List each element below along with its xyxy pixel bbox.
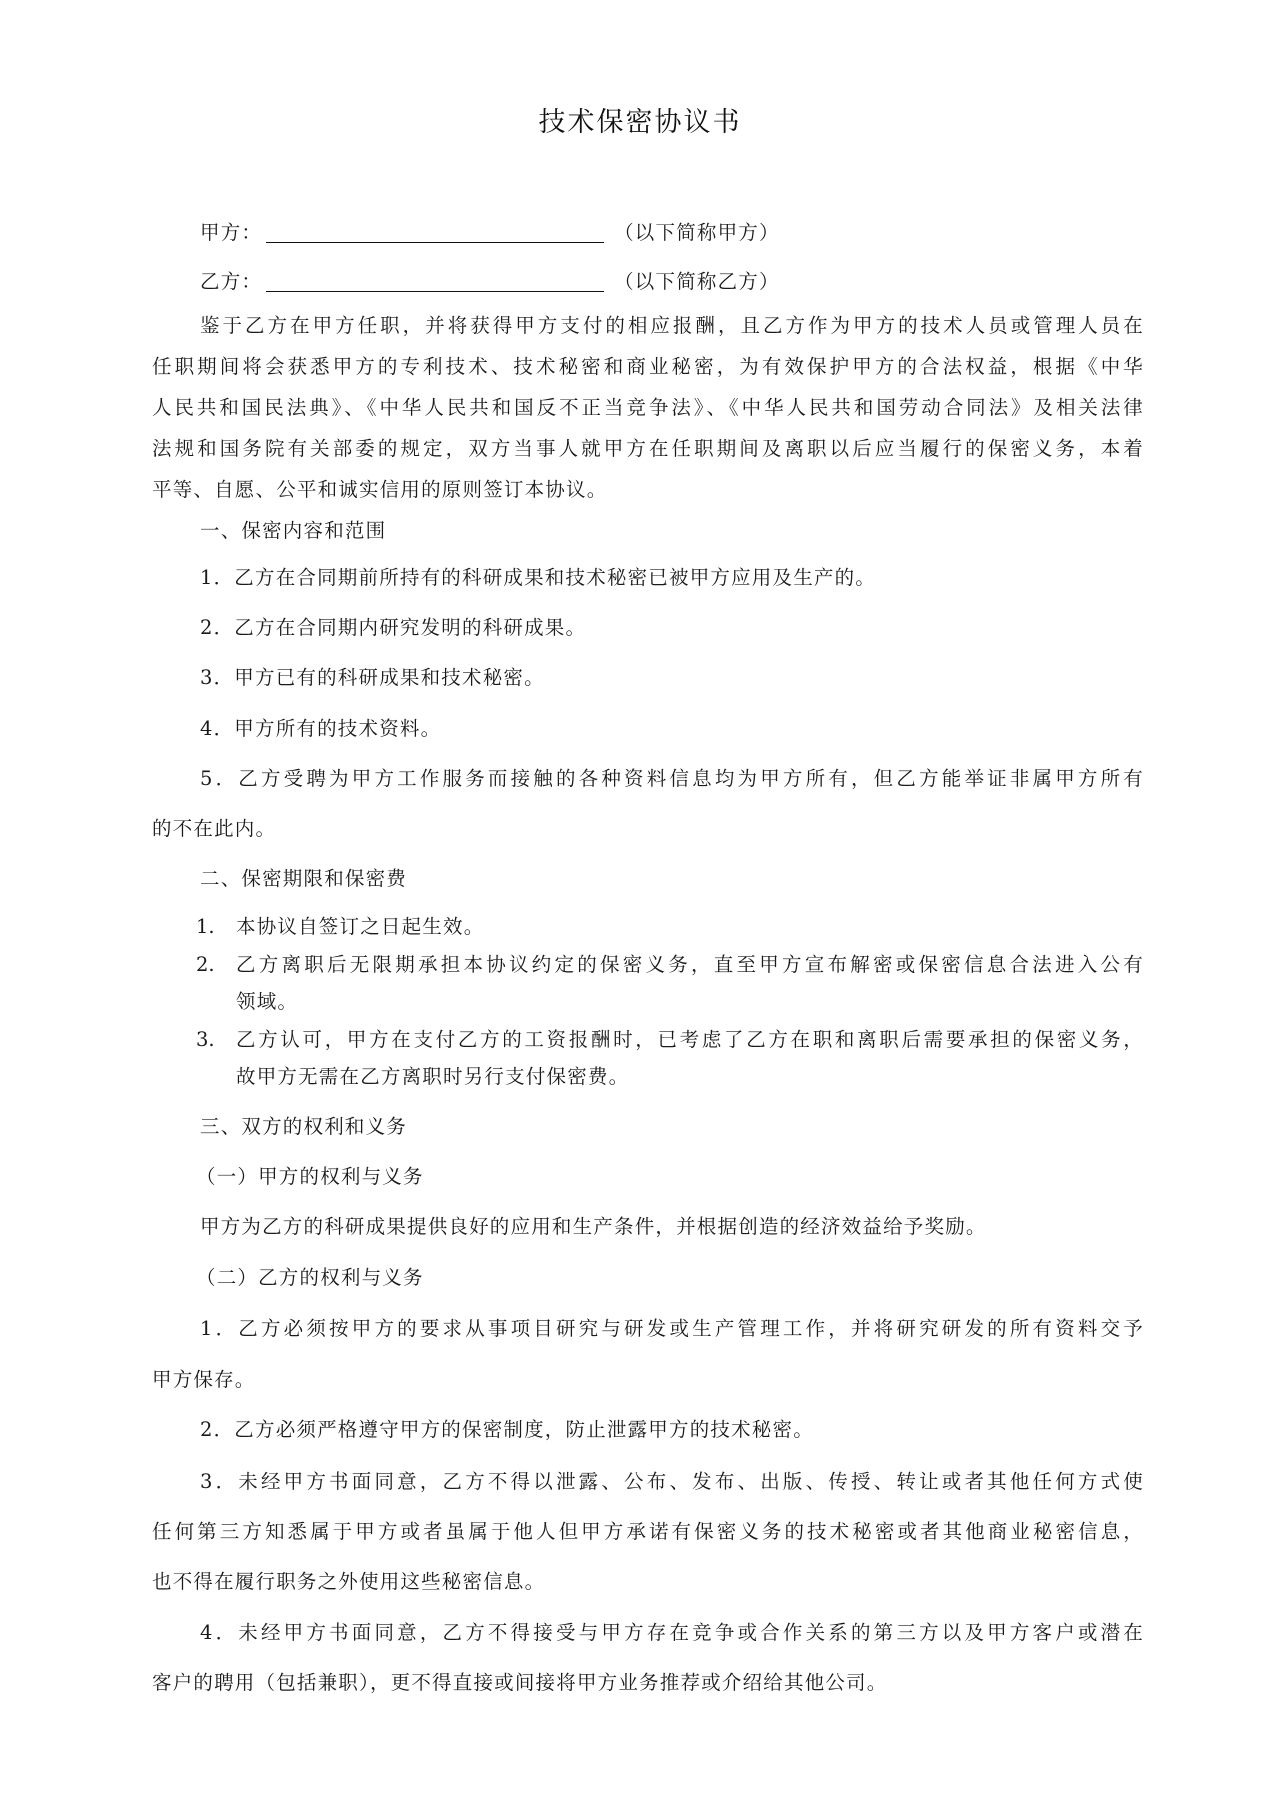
section-3-sub-b-item-cont: 客户的聘用（包括兼职），更不得直接或间接将甲方业务推荐或介绍给其他公司。 [152, 1670, 1144, 1696]
party-b-blank-field[interactable] [266, 269, 604, 292]
section-3-sub-b-item: 2．乙方必须严格遵守甲方的保密制度，防止泄露甲方的技术秘密。 [200, 1417, 1144, 1443]
section-2-item-text-cont: 领域。 [236, 989, 1144, 1015]
section-1-item: 4．甲方所有的技术资料。 [200, 716, 1144, 742]
preamble-line: 平等、自愿、公平和诚实信用的原则签订本协议。 [152, 477, 1144, 503]
party-a-label: 甲方： [200, 220, 262, 246]
section-1-item: 2．乙方在合同期内研究发明的科研成果。 [200, 615, 1144, 641]
section-1-heading: 一、保密内容和范围 [200, 518, 1144, 544]
section-3-sub-b-item-cont: 任何第三方知悉属于甲方或者虽属于他人但甲方承诺有保密义务的技术秘密或者其他商业秘… [152, 1519, 1144, 1545]
section-2-item-text-cont: 故甲方无需在乙方离职时另行支付保密费。 [236, 1064, 1144, 1090]
party-b-row: 乙方： （以下简称乙方） [200, 269, 780, 295]
section-2-item-number: 3. [196, 1027, 215, 1053]
preamble-line: 法规和国务院有关部委的规定，双方当事人就甲方在任职期间及离职以后应当履行的保密义… [152, 436, 1144, 462]
party-a-blank-field[interactable] [266, 220, 604, 243]
section-3-sub-b-item-cont: 甲方保存。 [152, 1367, 1144, 1393]
section-3-sub-b-heading: （二）乙方的权利与义务 [196, 1265, 1188, 1291]
section-3-sub-b-item: 4．未经甲方书面同意，乙方不得接受与甲方存在竞争或合作关系的第三方以及甲方客户或… [200, 1620, 1144, 1646]
section-1-item-5-line-2: 的不在此内。 [152, 816, 1144, 842]
section-2-item-text: 本协议自签订之日起生效。 [236, 914, 1144, 940]
document-title: 技术保密协议书 [0, 106, 1280, 140]
section-1-item: 1．乙方在合同期前所持有的科研成果和技术秘密已被甲方应用及生产的。 [200, 565, 1144, 591]
section-2-item-text: 乙方离职后无限期承担本协议约定的保密义务，直至甲方宣布解密或保密信息合法进入公有 [236, 952, 1144, 978]
section-2-heading: 二、保密期限和保密费 [200, 866, 1144, 892]
section-1-item-5-line-1: 5．乙方受聘为甲方工作服务而接触的各种资料信息均为甲方所有，但乙方能举证非属甲方… [200, 766, 1144, 792]
document-page: 技术保密协议书 甲方： （以下简称甲方） 乙方： （以下简称乙方） 鉴于乙方在甲… [0, 0, 1280, 1810]
party-a-row: 甲方： （以下简称甲方） [200, 220, 780, 246]
section-3-heading: 三、双方的权利和义务 [200, 1114, 1144, 1140]
party-b-suffix: （以下简称乙方） [614, 269, 780, 295]
section-2-item-text: 乙方认可，甲方在支付乙方的工资报酬时，已考虑了乙方在职和离职后需要承担的保密义务… [236, 1027, 1144, 1053]
section-3-sub-b-item-cont: 也不得在履行职务之外使用这些秘密信息。 [152, 1569, 1144, 1595]
preamble-line: 鉴于乙方在甲方任职，并将获得甲方支付的相应报酬，且乙方作为甲方的技术人员或管理人… [200, 313, 1144, 339]
section-3-sub-b-item: 3．未经甲方书面同意，乙方不得以泄露、公布、发布、出版、传授、转让或者其他任何方… [200, 1469, 1144, 1495]
section-2-item-number: 1. [196, 914, 215, 940]
section-2-item-number: 2. [196, 952, 215, 978]
section-3-sub-a-heading: （一）甲方的权利与义务 [196, 1164, 1188, 1190]
preamble-line: 人民共和国民法典》、《中华人民共和国反不正当竞争法》、《中华人民共和国劳动合同法… [152, 395, 1144, 421]
party-a-suffix: （以下简称甲方） [614, 220, 780, 246]
section-3-sub-b-item: 1．乙方必须按甲方的要求从事项目研究与研发或生产管理工作，并将研究研发的所有资料… [200, 1316, 1144, 1342]
preamble-line: 任职期间将会获悉甲方的专利技术、技术秘密和商业秘密，为有效保护甲方的合法权益，根… [152, 354, 1144, 380]
section-3-sub-a-text: 甲方为乙方的科研成果提供良好的应用和生产条件，并根据创造的经济效益给予奖励。 [200, 1214, 1144, 1240]
party-b-label: 乙方： [200, 269, 262, 295]
section-1-item: 3．甲方已有的科研成果和技术秘密。 [200, 665, 1144, 691]
